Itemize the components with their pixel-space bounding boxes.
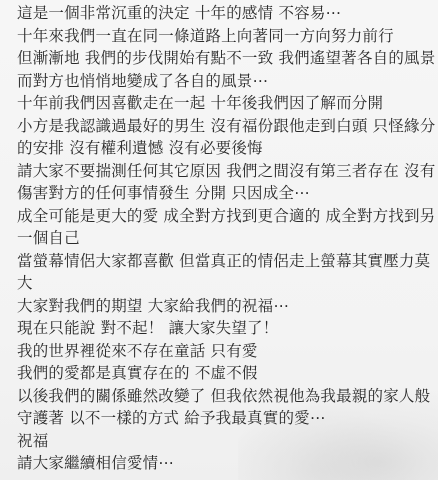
text-line: 傷害對方的任何事情發生 分開 只因成全⋯ <box>17 182 432 205</box>
text-line: 祝福 <box>17 430 432 453</box>
text-line: 十年前我們因喜歡走在一起 十年後我們因了解而分開 <box>17 92 432 115</box>
text-line: 現在只能說 對不起！ 讓大家失望了！ <box>17 317 432 340</box>
text-line: 大 <box>17 272 432 295</box>
text-line: 我們的愛都是真實存在的 不虛不假 <box>17 362 432 385</box>
text-line: 而對方也悄悄地變成了各自的風景⋯ <box>17 70 432 93</box>
text-line: 大家對我們的期望 大家給我們的祝福⋯ <box>17 295 432 318</box>
text-line: 的安排 沒有權利遺憾 沒有必要後悔 <box>17 137 432 160</box>
text-line: 我的世界裡從來不存在童話 只有愛 <box>17 340 432 363</box>
document-page: 這是一個非常沉重的決定 十年的感情 不容易⋯ 十年來我們一直在同一條道路上向著同… <box>0 0 438 480</box>
text-line: 成全可能是更大的愛 成全對方找到更合適的 成全對方找到另 <box>17 205 432 228</box>
text-line: 請大家不要揣測任何其它原因 我們之間沒有第三者存在 沒有 <box>17 160 432 183</box>
text-line: 十年來我們一直在同一條道路上向著同一方向努力前行 <box>17 25 432 48</box>
text-line: 以後我們的關係雖然改變了 但我依然視他為我最親的家人般 <box>17 385 432 408</box>
text-line: 小方是我認識過最好的男生 沒有福份跟他走到白頭 只怪緣分 <box>17 115 432 138</box>
text-line: 守護著 以不一樣的方式 給予我最真實的愛⋯ <box>17 407 432 430</box>
text-line: 一個自己 <box>17 227 432 250</box>
statement-text: 這是一個非常沉重的決定 十年的感情 不容易⋯ 十年來我們一直在同一條道路上向著同… <box>17 2 432 475</box>
text-line: 但漸漸地 我們的步伐開始有點不一致 我們遙望著各自的風景 <box>17 47 432 70</box>
text-line: 這是一個非常沉重的決定 十年的感情 不容易⋯ <box>17 2 432 25</box>
text-line: 當螢幕情侶大家都喜歡 但當真正的情侶走上螢幕其實壓力莫 <box>17 250 432 273</box>
text-line: 請大家繼續相信愛情⋯ <box>17 452 432 475</box>
